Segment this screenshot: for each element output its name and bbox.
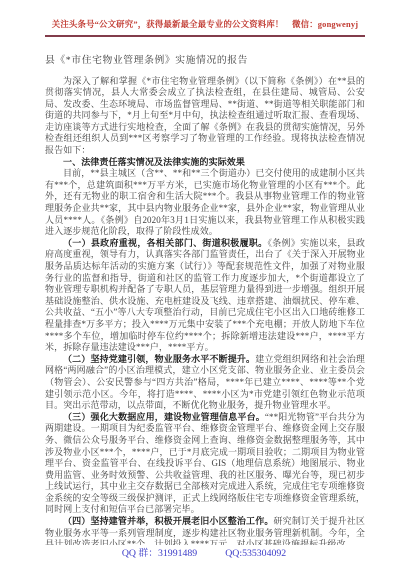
paragraph-intro: 为深入了解和掌握《*市住宅物业管理条例》（以下简称《条例》）在**县的贯彻落实情… <box>45 76 365 157</box>
paragraph-item-3: （三）强化大数据应用，建设物业管理信息平台。“**阳光物管”平台共分为两期建设。… <box>45 412 365 516</box>
paragraph-lead: （二）坚持党建引领，物业服务水平不断提升。 <box>63 354 255 364</box>
paragraph-item-2: （二）坚持党建引领，物业服务水平不断提升。建立党组织网络和社会治理网格“两网融合… <box>45 354 365 412</box>
document-page: 关注头条号“公文研究”，获得最新最全最专业的公文资料库！ 微信：gongweny… <box>0 0 408 580</box>
paragraph-text: “**阳光物管”平台共分为两期建设。一期项目为纪委监管平台、维修资金管理平台、维… <box>45 412 365 515</box>
document-content: 关注头条号“公文研究”，获得最新最全最专业的公文资料库！ 微信：gongweny… <box>45 20 365 551</box>
qq-group-number: QQ 群：31991489 <box>122 548 197 559</box>
paragraph-item-1: （一）县政府重视，各相关部门、街道积极履职。《条例》实施以来，县政府高度重视，领… <box>45 238 365 354</box>
document-title: 县《*市住宅物业管理条例》实施情况的报告 <box>45 52 365 66</box>
section-heading-1: 一、法律责任落实情况及法律实施的实际效果 <box>45 157 365 169</box>
paragraph-text: 《条例》实施以来，县政府高度重视，领导有力，认真落实各部门监管责任，出台了《关于… <box>45 238 365 352</box>
paragraph-text: 为深入了解和掌握《*市住宅物业管理条例》（以下简称《条例》）在**县的贯彻落实情… <box>45 76 365 156</box>
paragraph-lead: （四）坚持建管并举，积极开展老旧小区整治工作。 <box>63 516 274 526</box>
paragraph-lead: （一）县政府重视，各相关部门、街道积极履职。 <box>63 238 267 248</box>
qq-number: QQ:535304092 <box>225 548 286 559</box>
header-notice-text: 关注头条号“公文研究”，获得最新最全最专业的公文资料库！ 微信：gongweny… <box>52 20 358 29</box>
paragraph-overview: 目前，**县主城区（含**、**和**三个街道办）已交付使用的成建制小区共有**… <box>45 168 365 238</box>
paragraph-text: 目前，**县主城区（含**、**和**三个街道办）已交付使用的成建制小区共有**… <box>45 168 365 236</box>
paragraph-lead: （三）强化大数据应用，建设物业管理信息平台。 <box>63 412 265 422</box>
header-notice: 关注头条号“公文研究”，获得最新最全最专业的公文资料库！ 微信：gongweny… <box>45 20 365 37</box>
footer-contact: QQ 群：31991489QQ:535304092 <box>0 545 408 559</box>
